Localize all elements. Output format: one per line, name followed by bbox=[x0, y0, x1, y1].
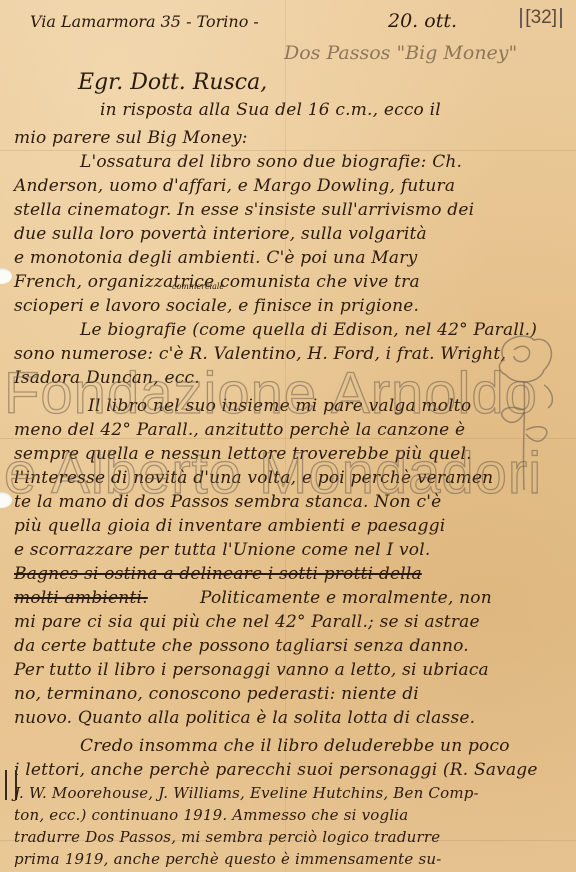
text-line: L'ossatura del libro sono due biografie:… bbox=[80, 152, 462, 172]
text-line: scioperi e lavoro sociale, e finisce in … bbox=[14, 296, 419, 316]
text-line: mio parere sul Big Money: bbox=[14, 128, 248, 148]
text-line: J. W. Moorehouse, J. Williams, Eveline H… bbox=[14, 784, 479, 802]
text-line: nuovo. Quanto alla politica è la solita … bbox=[14, 708, 475, 728]
text-line: Politicamente e moralmente, non bbox=[200, 588, 492, 608]
text-line: mi pare ci sia qui più che nel 42° Paral… bbox=[14, 612, 480, 632]
archive-number: [32] bbox=[520, 8, 562, 28]
text-line: ton, ecc.) continuano 1919. Ammesso che … bbox=[14, 806, 408, 824]
text-line: in risposta alla Sua del 16 c.m., ecco i… bbox=[100, 100, 441, 120]
subject-note: Dos Passos "Big Money" bbox=[284, 42, 517, 64]
text-line: Anderson, uomo d'affari, e Margo Dowling… bbox=[14, 176, 455, 196]
text-line: da certe battute che possono tagliarsi s… bbox=[14, 636, 469, 656]
text-line: prima 1919, anche perchè questo è immens… bbox=[14, 850, 441, 868]
watermark-line: Fondazione Arnoldo bbox=[4, 360, 538, 427]
rose-logo-icon bbox=[484, 330, 564, 490]
text-line: i lettori, anche perchè parecchi suoi pe… bbox=[14, 760, 538, 780]
punch-hole bbox=[0, 268, 12, 284]
text-line: Le biografie (come quella di Edison, nel… bbox=[80, 320, 537, 340]
watermark-line: e Alberto Mondadori bbox=[4, 440, 542, 507]
text-line: Per tutto il libro i personaggi vanno a … bbox=[14, 660, 489, 680]
letter-page: [32] Via Lamarmora 35 - Torino - 20. ott… bbox=[0, 0, 576, 872]
letter-date: 20. ott. bbox=[388, 10, 457, 32]
marginal-note: commerciale bbox=[172, 282, 224, 291]
struck-text-line: molti ambienti. bbox=[14, 588, 148, 608]
text-line: più quella gioia di inventare ambienti e… bbox=[14, 516, 445, 536]
text-line: e monotonia degli ambienti. C'è poi una … bbox=[14, 248, 417, 268]
text-line: tradurre Dos Passos, mi sembra perciò lo… bbox=[14, 828, 440, 846]
salutation: Egr. Dott. Rusca, bbox=[78, 70, 267, 95]
sender-address: Via Lamarmora 35 - Torino - bbox=[30, 12, 259, 31]
text-line: Credo insomma che il libro deluderebbe u… bbox=[80, 736, 510, 756]
text-line: stella cinematogr. In esse s'insiste sul… bbox=[14, 200, 474, 220]
paper-fold bbox=[0, 150, 576, 151]
text-line: due sulla loro povertà interiore, sulla … bbox=[14, 224, 427, 244]
text-line: no, terminano, conoscono pederasti: nien… bbox=[14, 684, 419, 704]
text-line: e scorrazzare per tutta l'Unione come ne… bbox=[14, 540, 431, 560]
struck-text-line: Bagnes si ostina a delineare i sotti pro… bbox=[14, 564, 422, 584]
